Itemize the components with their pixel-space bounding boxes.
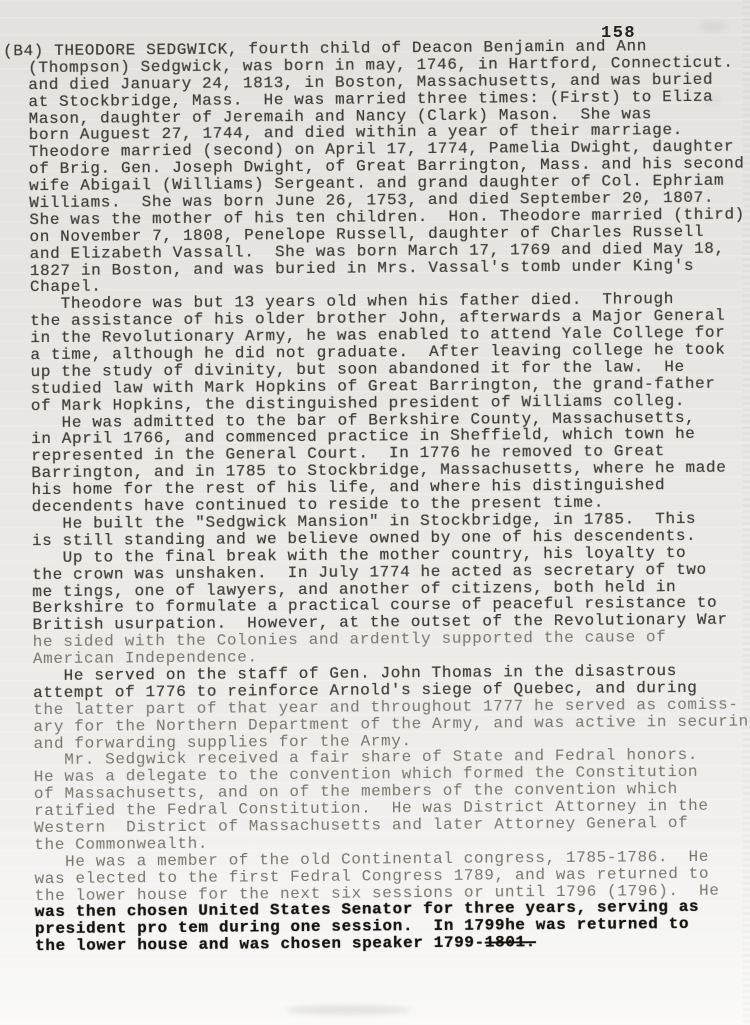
text-line: the lower house and was chosen speaker 1… — [35, 933, 750, 956]
struck-text: 1801. — [485, 933, 536, 951]
document-text: (B4) THEODORE SEDGWICK, fourth child of … — [28, 37, 750, 955]
scan-smudge — [286, 1005, 411, 1015]
scan-smudge — [699, 21, 727, 32]
